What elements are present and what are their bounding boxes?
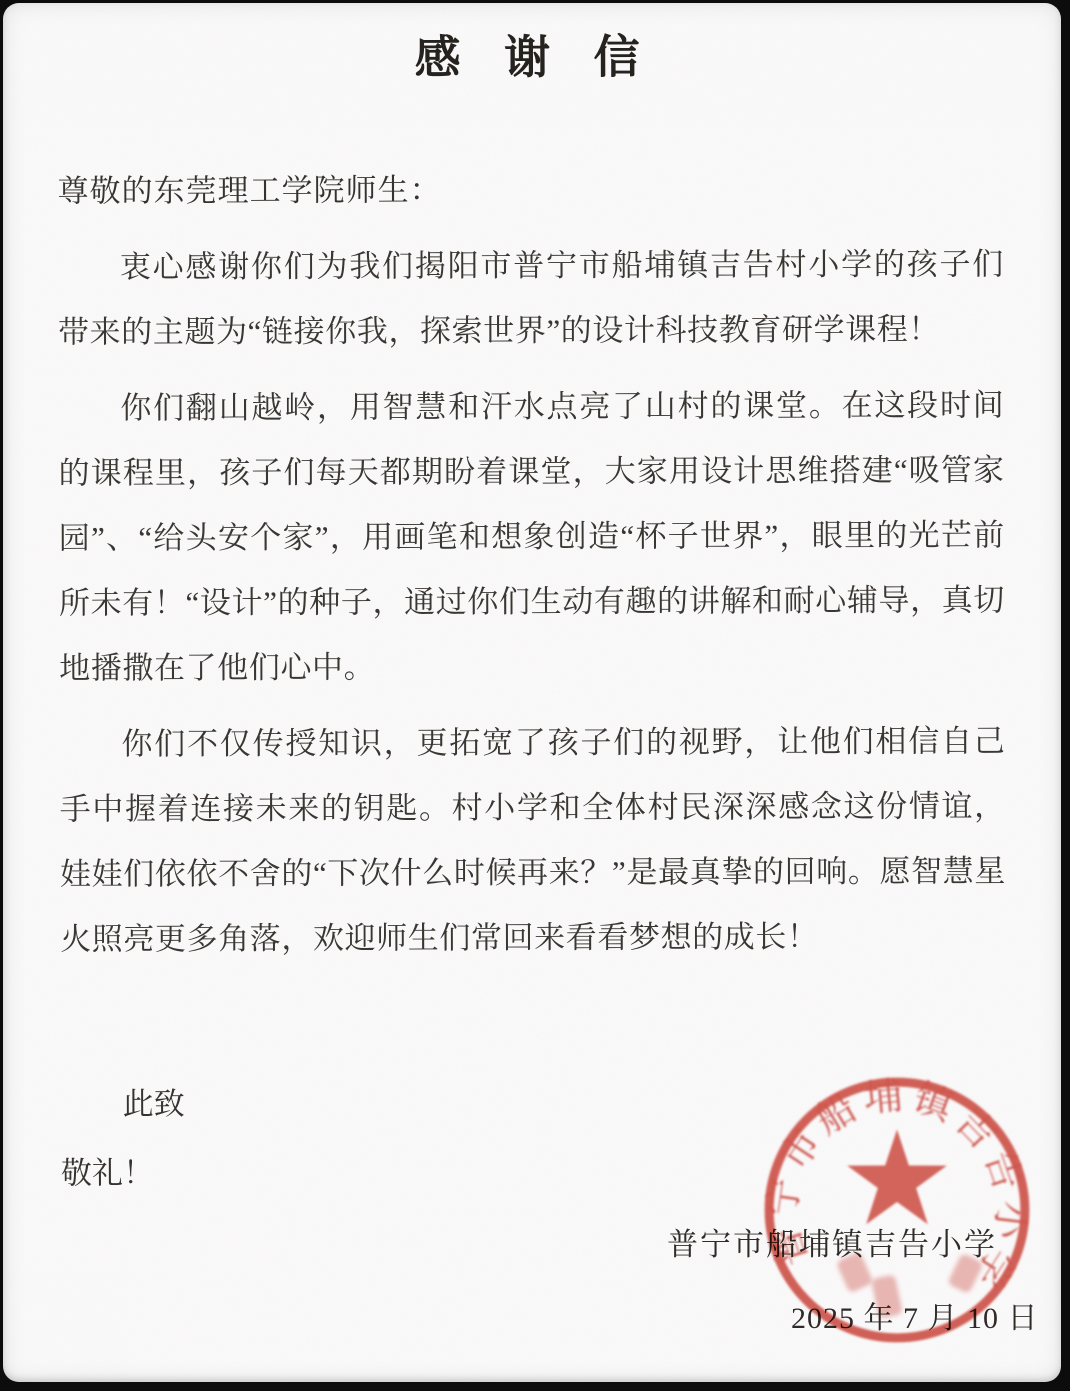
letter-title: 感 谢 信	[57, 27, 1003, 88]
star-icon	[847, 1129, 947, 1224]
seal-ink-smudges	[836, 1251, 984, 1318]
letter-paragraph-1: 衷心感谢你们为我们揭阳市普宁市船埔镇吉告村小学的孩子们带来的主题为“链接你我，探…	[58, 231, 1004, 364]
letter-paragraph-2: 你们翻山越岭，用智慧和汗水点亮了山村的课堂。在这段时间的课程里，孩子们每天都期盼…	[58, 372, 1005, 700]
letter-salutation: 尊敬的东莞理工学院师生：	[57, 155, 1003, 223]
letter-paragraph-3: 你们不仅传授知识，更拓宽了孩子们的视野，让他们相信自己手中握着连接未来的钥匙。村…	[59, 708, 1006, 971]
scanned-letter-page: 感 谢 信 尊敬的东莞理工学院师生： 衷心感谢你们为我们揭阳市普宁市船埔镇吉告村…	[3, 3, 1061, 1382]
school-seal-stamp: 普宁市船埔镇吉告小学	[746, 1059, 1048, 1361]
letter-body: 感 谢 信 尊敬的东莞理工学院师生： 衷心感谢你们为我们揭阳市普宁市船埔镇吉告村…	[1, 1, 1063, 1206]
